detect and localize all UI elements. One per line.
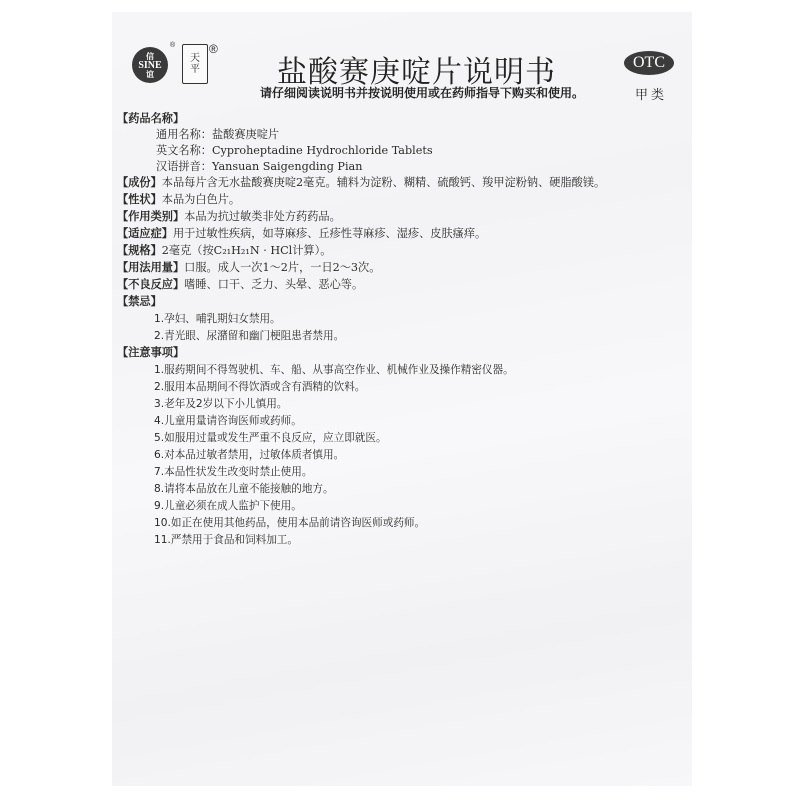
section-adverse-reactions: 【不良反应】嗜睡、口干、乏力、头晕、恶心等。 [117,278,363,292]
otc-badge-icon: OTC [624,51,674,75]
logo-tianping-bottom: 平 [190,64,200,75]
sine-logo-icon: 信 SINE 谊 [132,47,168,83]
registered-mark-1: ® [170,42,175,49]
registered-mark-2: ® [209,42,218,56]
precaution-item: 11.严禁用于食品和饲料加工。 [154,533,298,547]
section-contraindications-heading: 【禁忌】 [117,295,162,309]
section-specification: 【规格】2毫克（按C₂₁H₂₁N · HCl计算）。 [117,244,331,258]
precaution-item: 1.服药期间不得驾驶机、车、船、从事高空作业、机械作业及操作精密仪器。 [154,363,514,377]
contraindication-item: 2.青光眼、尿潴留和幽门梗阻患者禁用。 [154,329,344,343]
precaution-item: 6.对本品过敏者禁用，过敏体质者慎用。 [154,448,344,462]
precaution-item: 9.儿童必须在成人监护下使用。 [154,499,302,513]
section-indications: 【适应症】用于过敏性疾病，如荨麻疹、丘疹性荨麻疹、湿疹、皮肤瘙痒。 [117,227,486,241]
precaution-item: 4.儿童用量请咨询医师或药师。 [154,414,302,428]
section-precautions-heading: 【注意事项】 [117,346,184,360]
otc-class-label: 甲类 [635,84,667,103]
precaution-item: 5.如服用过量或发生严重不良反应，应立即就医。 [154,431,387,445]
section-category: 【作用类别】本品为抗过敏类非处方药药品。 [117,210,341,224]
precaution-item: 2.服用本品期间不得饮酒或含有酒精的饮料。 [154,380,365,394]
contraindication-item: 1.孕妇、哺乳期妇女禁用。 [154,312,281,326]
pinyin-name: 汉语拼音：Yansuan Saigengding Pian [156,160,362,174]
tianping-logo-icon: 天 平 [182,44,208,84]
precaution-item: 3.老年及2岁以下小儿慎用。 [154,397,287,411]
section-drug-name-heading: 【药品名称】 [117,112,184,126]
precaution-item: 7.本品性状发生改变时禁止使用。 [154,465,312,479]
generic-name: 通用名称：盐酸赛庚啶片 [156,128,279,142]
document-subtitle: 请仔细阅读说明书并按说明使用或在药师指导下购买和使用。 [260,84,584,101]
leaflet-paper: 信 SINE 谊 ® 天 平 ® 盐酸赛庚啶片说明书 请仔细阅读说明书并按说明使… [112,12,692,786]
otc-badge-label: OTC [633,54,665,72]
logo-sine-bottom: 谊 [146,70,154,79]
section-ingredients: 【成份】本品每片含无水盐酸赛庚啶2毫克。辅料为淀粉、糊精、硫酸钙、羧甲淀粉钠、硬… [117,176,605,190]
logo-sine-middle: SINE [138,61,161,70]
precaution-item: 8.请将本品放在儿童不能接触的地方。 [154,482,334,496]
section-dosage: 【用法用量】口服。成人一次1～2片，一日2～3次。 [117,261,380,275]
section-appearance: 【性状】本品为白色片。 [117,193,240,207]
precaution-item: 10.如正在使用其他药品，使用本品前请咨询医师或药师。 [154,516,425,530]
english-name: 英文名称：Cyproheptadine Hydrochloride Tablet… [156,144,433,158]
logo-tianping-top: 天 [190,53,200,64]
